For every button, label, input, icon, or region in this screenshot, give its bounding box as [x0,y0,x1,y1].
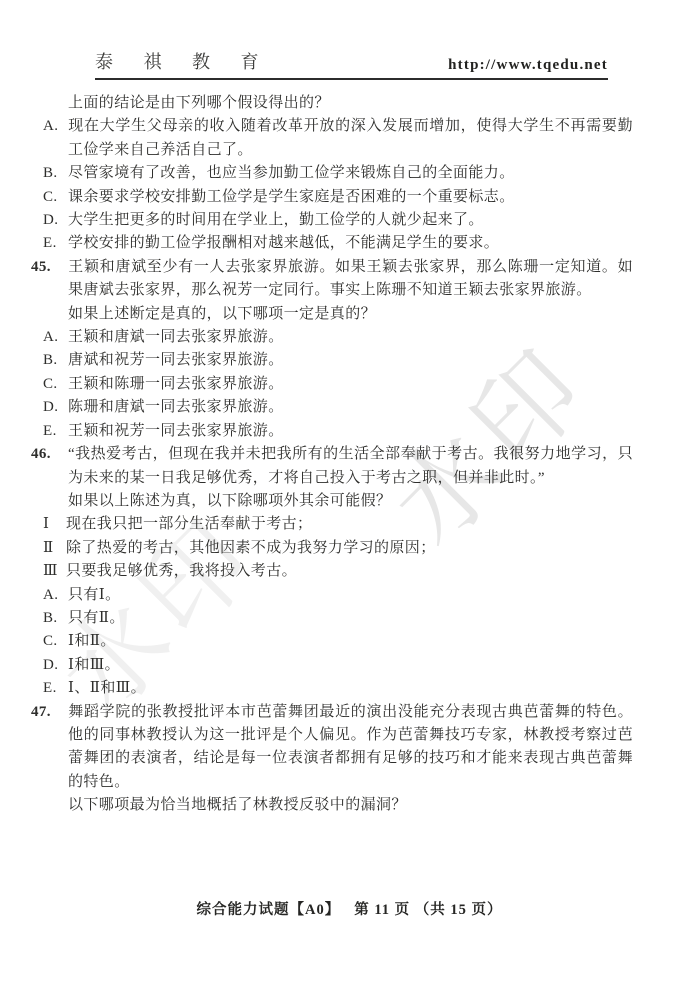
stem-text: 舞蹈学院的张教授批评本市芭蕾舞团最近的演出没能充分表现古典芭蕾舞的特色。他的同事… [68,704,633,790]
page-footer: 综合能力试题【A0】第 11 页 （共 15 页） [0,898,699,919]
question-45-option-b: B.唐斌和祝芳一同去张家界旅游。 [68,349,633,372]
question-44-option-d: D.大学生把更多的时间用在学业上，勤工俭学的人就少起来了。 [68,209,633,232]
question-46-statement-2: Ⅱ除了热爱的考古，其他因素不成为我努力学习的原因； [68,537,633,560]
option-letter: C. [43,186,68,209]
question-44-continuation: 上面的结论是由下列哪个假设得出的？ A.现在大学生父母亲的收入随着改革开放的深入… [68,92,633,256]
question-46-option-c: C.Ⅰ和Ⅱ。 [68,630,633,653]
option-letter: B. [43,607,68,630]
question-45-option-a: A.王颖和唐斌一同去张家界旅游。 [68,326,633,349]
option-text: 唐斌和祝芳一同去张家界旅游。 [68,352,284,368]
option-text: Ⅰ、Ⅱ和Ⅲ。 [68,680,146,696]
statement-numeral: Ⅰ [43,513,66,536]
option-letter: C. [43,373,68,396]
option-letter: A. [43,584,68,607]
question-47-stem: 47.舞蹈学院的张教授批评本市芭蕾舞团最近的演出没能充分表现古典芭蕾舞的特色。他… [68,701,633,795]
option-text: 王颖和唐斌一同去张家界旅游。 [68,329,284,345]
question-45: 45.王颖和唐斌至少有一人去张家界旅游。如果王颖去张家界，那么陈珊一定知道。如果… [68,256,633,443]
question-45-stem: 45.王颖和唐斌至少有一人去张家界旅游。如果王颖去张家界，那么陈珊一定知道。如果… [68,256,633,303]
question-45-option-d: D.陈珊和唐斌一同去张家界旅游。 [68,396,633,419]
question-44-prompt: 上面的结论是由下列哪个假设得出的？ [68,92,633,115]
option-letter: E. [43,420,68,443]
question-number: 46. [31,443,68,466]
statement-numeral: Ⅱ [43,537,66,560]
option-letter: B. [43,162,68,185]
option-text: 王颖和陈珊一同去张家界旅游。 [68,376,284,392]
option-letter: C. [43,630,68,653]
question-46-option-e: E.Ⅰ、Ⅱ和Ⅲ。 [68,677,633,700]
footer-page-info: 第 11 页 （共 15 页） [354,902,502,918]
question-47-prompt: 以下哪项最为恰当地概括了林教授反驳中的漏洞？ [68,794,633,817]
option-text: 尽管家境有了改善，也应当参加勤工俭学来锻炼自己的全面能力。 [68,165,515,181]
question-44-option-c: C.课余要求学校安排勤工俭学是学生家庭是否困难的一个重要标志。 [68,186,633,209]
option-text: 大学生把更多的时间用在学业上，勤工俭学的人就少起来了。 [68,212,484,228]
option-letter: A. [43,115,68,138]
question-46-stem: 46.“我热爱考古，但现在我并未把我所有的生活全部奉献于考古。我很努力地学习，只… [68,443,633,490]
exam-page: 水印 水印 泰 祺 教 育 http://www.tqedu.net 上面的结论… [0,0,699,982]
option-letter: E. [43,677,68,700]
question-46-option-d: D.Ⅰ和Ⅲ。 [68,654,633,677]
question-46-statement-1: Ⅰ现在我只把一部分生活奉献于考古； [68,513,633,536]
option-text: 王颖和祝芳一同去张家界旅游。 [68,423,284,439]
question-46-option-a: A.只有Ⅰ。 [68,584,633,607]
option-letter: A. [43,326,68,349]
statement-text: 只要我足够优秀，我将投入考古。 [66,563,297,579]
question-45-prompt: 如果上述断定是真的，以下哪项一定是真的？ [68,303,633,326]
question-45-option-c: C.王颖和陈珊一同去张家界旅游。 [68,373,633,396]
statement-text: 现在我只把一部分生活奉献于考古； [66,516,312,532]
question-46-option-b: B.只有Ⅱ。 [68,607,633,630]
option-text: 陈珊和唐斌一同去张家界旅游。 [68,399,284,415]
option-letter: D. [43,209,68,232]
option-letter: D. [43,396,68,419]
question-44-option-b: B.尽管家境有了改善，也应当参加勤工俭学来锻炼自己的全面能力。 [68,162,633,185]
option-text: 课余要求学校安排勤工俭学是学生家庭是否困难的一个重要标志。 [68,189,515,205]
question-46-prompt: 如果以上陈述为真，以下除哪项外其余可能假？ [68,490,633,513]
page-header: 泰 祺 教 育 http://www.tqedu.net [95,48,608,80]
option-text: 现在大学生父母亲的收入随着改革开放的深入发展而增加，使得大学生不再需要勤工俭学来… [68,118,633,157]
brand-logo: 泰 祺 教 育 [95,48,272,74]
option-letter: E. [43,232,68,255]
option-text: 只有Ⅰ。 [68,587,121,603]
question-number: 45. [31,256,68,279]
question-47: 47.舞蹈学院的张教授批评本市芭蕾舞团最近的演出没能充分表现古典芭蕾舞的特色。他… [68,701,633,818]
question-46: 46.“我热爱考古，但现在我并未把我所有的生活全部奉献于考古。我很努力地学习，只… [68,443,633,700]
question-44-option-e: E.学校安排的勤工俭学报酬相对越来越低，不能满足学生的要求。 [68,232,633,255]
stem-text: 王颖和唐斌至少有一人去张家界旅游。如果王颖去张家界，那么陈珊一定知道。如果唐斌去… [68,259,633,298]
option-text: 只有Ⅱ。 [68,610,125,626]
question-44-option-a: A.现在大学生父母亲的收入随着改革开放的深入发展而增加，使得大学生不再需要勤工俭… [68,115,633,162]
statement-text: 除了热爱的考古，其他因素不成为我努力学习的原因； [66,540,436,556]
option-letter: B. [43,349,68,372]
option-text: Ⅰ和Ⅱ。 [68,633,116,649]
option-text: 学校安排的勤工俭学报酬相对越来越低，不能满足学生的要求。 [68,235,499,251]
question-46-statement-3: Ⅲ只要我足够优秀，我将投入考古。 [68,560,633,583]
option-letter: D. [43,654,68,677]
stem-text: “我热爱考古，但现在我并未把我所有的生活全部奉献于考古。我很努力地学习，只为未来… [68,446,633,485]
footer-doc-title: 综合能力试题【A0】 [196,902,340,918]
question-number: 47. [31,701,68,724]
option-text: Ⅰ和Ⅲ。 [68,657,120,673]
page-content: 上面的结论是由下列哪个假设得出的？ A.现在大学生父母亲的收入随着改革开放的深入… [68,92,633,818]
header-url: http://www.tqedu.net [448,57,608,74]
statement-numeral: Ⅲ [43,560,66,583]
question-45-option-e: E.王颖和祝芳一同去张家界旅游。 [68,420,633,443]
